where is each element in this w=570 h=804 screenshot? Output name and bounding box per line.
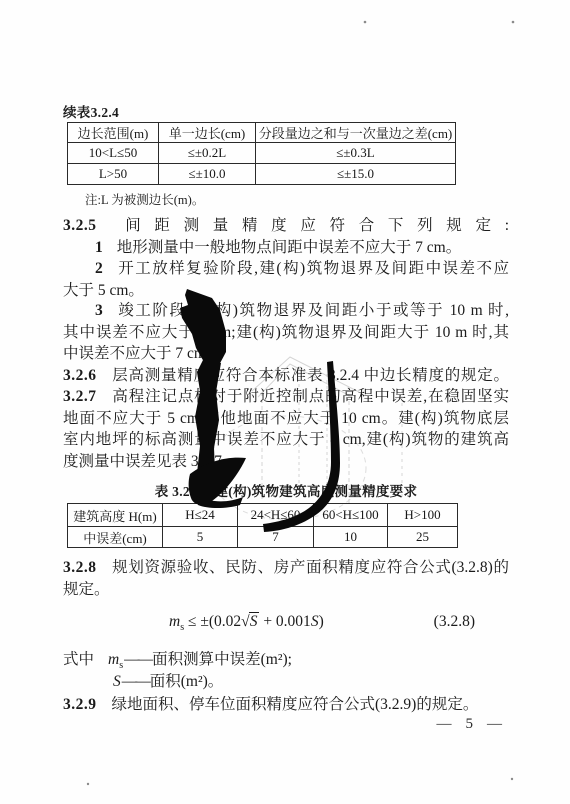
formula-where-line-2: S——面积(m²)。 (113, 671, 223, 692)
page-number-dash: — (437, 716, 452, 732)
cell: 25 (388, 527, 458, 548)
cell: 7 (238, 527, 314, 548)
formula-number: (3.2.8) (434, 613, 475, 631)
table-row: 中误差(cm) 5 7 10 25 (68, 527, 458, 548)
scan-speck (512, 21, 515, 24)
cell: 中误差(cm) (68, 527, 163, 548)
page-number-dash: — (487, 716, 502, 732)
cell: ≤±0.2L (159, 143, 256, 164)
table-header-row: 建筑高度 H(m) H≤24 24<H≤60 60<H≤100 H>100 (68, 504, 458, 527)
item-text: 中误差不应大于 7 cm。 (63, 343, 509, 365)
clause-number: 3.2.7 (63, 388, 97, 405)
where-dash: —— (122, 673, 149, 690)
cell: 10 (314, 527, 388, 548)
formula-operator: ≤ ±(0.02 (184, 613, 241, 630)
edge-length-accuracy-table: 边长范围(m) 单一边长(cm) 分段量边之和与一次量边之差(cm) 10<L≤… (67, 122, 456, 185)
clause-text: 规划资源验收、民防、房产面积精度应符合公式(3.2.8)的 (112, 559, 510, 576)
scan-speck (511, 778, 513, 780)
item-number: 2 (95, 260, 103, 277)
where-variable: m (108, 651, 119, 668)
item-text: 大于 5 cm。 (63, 280, 509, 302)
clause-text: 层高测量精度应符合本标准表 3.2.4 中边长精度的规定。 (112, 367, 510, 384)
building-height-accuracy-table: 建筑高度 H(m) H≤24 24<H≤60 60<H≤100 H>100 中误… (67, 503, 458, 548)
sqrt-icon: √ (241, 613, 249, 630)
clause-text: 室内地坪的标高测量中误差不应大于 4 cm,建(构)筑物的建筑高 (63, 429, 509, 451)
col-header: 24<H≤60 (238, 504, 314, 527)
cell: ≤±0.3L (256, 143, 456, 164)
table-row: 10<L≤50 ≤±0.2L ≤±0.3L (68, 143, 456, 164)
para-3-2-8: 3.2.8规划资源验收、民防、房产面积精度应符合公式(3.2.8)的 规定。 (63, 557, 509, 600)
table-note: 注:L 为被测边长(m)。 (85, 190, 204, 208)
clause-number: 3.2.9 (63, 696, 97, 713)
cell: L>50 (68, 164, 159, 185)
clause-number: 3.2.5 (63, 217, 97, 234)
formula-expression: ms ≤ ±(0.02√S + 0.001S) (169, 613, 324, 633)
building-height-table-caption: 表 3.2.7 建(构)筑物建筑高度测量精度要求 (63, 480, 509, 500)
list-item-3: 3竣工阶段,建(构)筑物退界及间距小于或等于 10 m 时, 其中误差不应大于 … (63, 300, 509, 365)
formula-variable: m (169, 613, 180, 630)
formula-3-2-8: ms ≤ ±(0.02√S + 0.001S) (3.2.8) (63, 613, 509, 637)
col-header: H≤24 (163, 504, 238, 527)
where-subscript: s (119, 660, 123, 671)
clause-text: 地面不应大于 5 cm,其他地面不应大于 10 cm。建(构)筑物底层 (63, 408, 509, 430)
formula-variable: S (311, 613, 319, 630)
item-text: 其中误差不应大于 5 cm;建(构)筑物退界及间距大于 10 m 时,其 (63, 322, 509, 344)
item-number: 1 (95, 239, 103, 256)
table-header-row: 边长范围(m) 单一边长(cm) 分段量边之和与一次量边之差(cm) (68, 123, 456, 143)
list-item-1: 1地形测量中一般地物点间距中误差不应大于 7 cm。 (63, 237, 509, 259)
cell: ≤±15.0 (256, 164, 456, 185)
col-header: 单一边长(cm) (159, 123, 256, 143)
para-3-2-7: 3.2.7高程注记点相对于附近控制点的高程中误差,在稳固坚实 地面不应大于 5 … (63, 386, 509, 472)
para-3-2-5: 3.2.5间距测量精度应符合下列规定: (63, 215, 509, 237)
clause-number: 3.2.6 (63, 367, 97, 384)
page-number-value: 5 (466, 716, 474, 732)
col-header: H>100 (388, 504, 458, 527)
list-item-2: 2开工放样复验阶段,建(构)筑物退界及间距中误差不应 大于 5 cm。 (63, 258, 509, 301)
item-number: 3 (95, 302, 103, 319)
item-text: 地形测量中一般地物点间距中误差不应大于 7 cm。 (117, 239, 461, 256)
formula-radicand: S (249, 612, 260, 630)
col-header: 建筑高度 H(m) (68, 504, 163, 527)
cell: ≤±10.0 (159, 164, 256, 185)
col-header: 60<H≤100 (314, 504, 388, 527)
where-variable: S (113, 673, 121, 690)
clause-number: 3.2.8 (63, 559, 97, 576)
clause-text: 度测量中误差见表 3.2.7。 (63, 451, 509, 473)
col-header: 边长范围(m) (68, 123, 159, 143)
page-number: —5— (63, 716, 509, 733)
clause-text: 间距测量精度应符合下列规定: (112, 217, 510, 234)
formula-close: ) (319, 613, 324, 630)
clause-text: 绿地面积、停车位面积精度应符合公式(3.2.9)的规定。 (112, 696, 479, 713)
clause-text: 高程注记点相对于附近控制点的高程中误差,在稳固坚实 (112, 388, 510, 405)
item-text: 开工放样复验阶段,建(构)筑物退界及间距中误差不应 (117, 260, 509, 277)
formula-operator: + 0.001 (259, 613, 310, 630)
item-text: 竣工阶段,建(构)筑物退界及间距小于或等于 10 m 时, (117, 302, 509, 319)
continued-table-caption: 续表3.2.4 (63, 101, 119, 121)
table-row: L>50 ≤±10.0 ≤±15.0 (68, 164, 456, 185)
para-3-2-9: 3.2.9绿地面积、停车位面积精度应符合公式(3.2.9)的规定。 (63, 694, 509, 716)
para-3-2-6: 3.2.6层高测量精度应符合本标准表 3.2.4 中边长精度的规定。 (63, 365, 509, 387)
where-dash: —— (124, 651, 151, 668)
col-header: 分段量边之和与一次量边之差(cm) (256, 123, 456, 143)
where-prefix: 式中 (63, 651, 94, 668)
clause-text: 规定。 (63, 579, 509, 601)
cell: 10<L≤50 (68, 143, 159, 164)
cell: 5 (163, 527, 238, 548)
document-page: 续表3.2.4 边长范围(m) 单一边长(cm) 分段量边之和与一次量边之差(c… (63, 0, 509, 804)
where-description: 面积测算中误差(m²); (152, 651, 292, 668)
where-description: 面积(m²)。 (150, 673, 224, 690)
